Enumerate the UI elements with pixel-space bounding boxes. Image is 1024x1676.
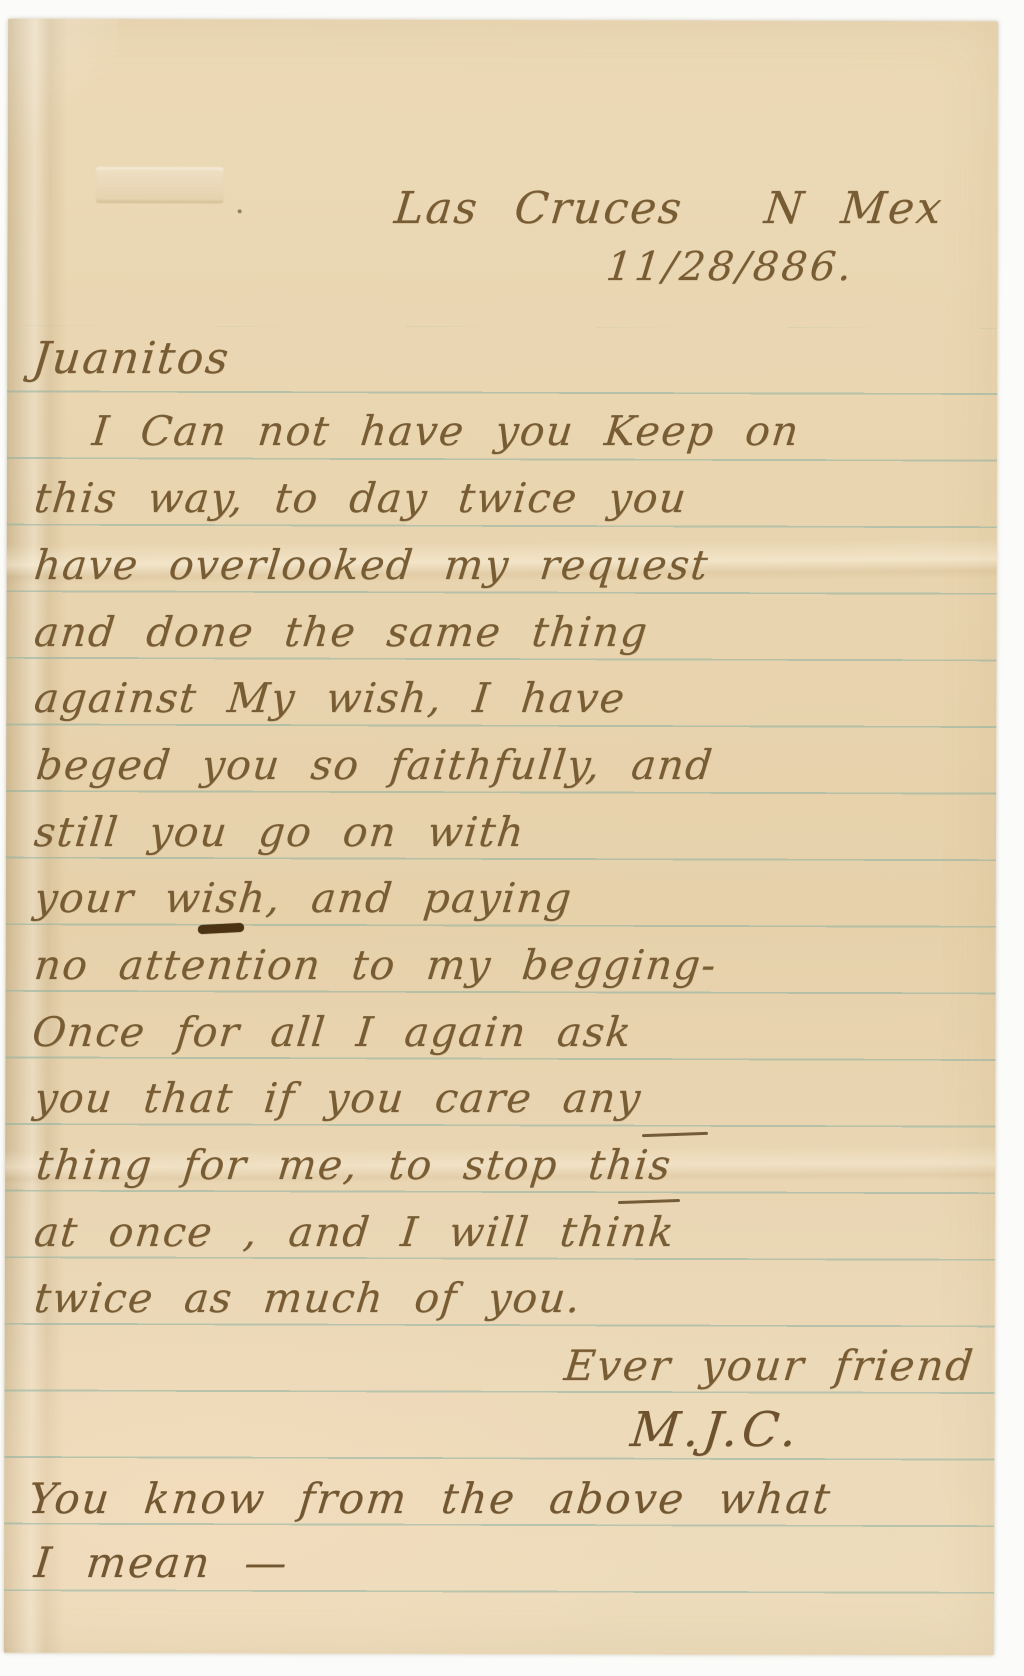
postscript-line: You know from the above what [26, 1474, 834, 1523]
body-line: and done the same thing [32, 608, 651, 656]
body-line: have overlooked my request [32, 541, 711, 589]
body-line: this way, to day twice you [32, 474, 690, 522]
body-line: at once , and I will think [32, 1208, 677, 1256]
heading-region: N Mex [762, 183, 946, 234]
closing: Ever your friend [562, 1341, 977, 1390]
salutation: Juanitos [30, 333, 233, 384]
scanned-letter: Las Cruces N Mex 11/28/886. Juanitos I C… [0, 0, 1024, 1676]
body-line: I Can not have you Keep on [90, 407, 802, 455]
body-line: thing for me, to stop this [34, 1141, 674, 1189]
body-line: against My wish, I have [32, 674, 628, 722]
body-line: Once for all I again ask [30, 1008, 635, 1056]
body-line: no attention to my begging- [32, 941, 719, 989]
body-line: twice as much of you. [32, 1274, 584, 1322]
body-line: your wish, and paying [32, 874, 575, 922]
ink-speck [238, 209, 242, 213]
heading-date: 11/28/886. [604, 244, 857, 290]
ruled-lines [4, 326, 997, 1656]
signature: M.J.C. [628, 1402, 803, 1458]
letter-heading: Las Cruces N Mex [392, 183, 940, 234]
heading-place: Las Cruces [392, 183, 686, 234]
body-line: beged you so faithfully, and [34, 741, 716, 789]
body-line: you that if you care any [32, 1074, 644, 1122]
body-line: still you go on with [32, 808, 527, 856]
embossed-stamp [96, 167, 224, 203]
postscript-line: I mean — [32, 1538, 291, 1587]
